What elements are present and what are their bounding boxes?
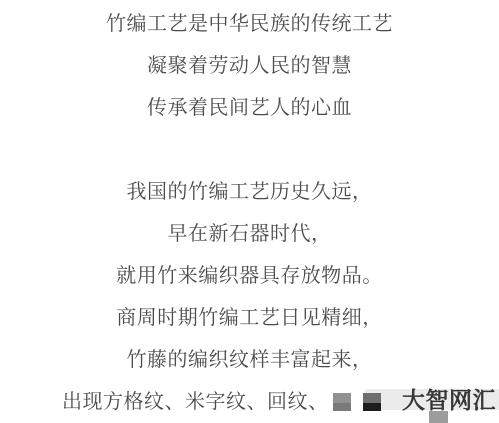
text-line: 我国的竹编工艺历史久远， bbox=[0, 171, 499, 213]
last-line-text: 出现方格纹、米字纹、回纹、 bbox=[62, 381, 329, 423]
text-line: 竹藤的编织纹样丰富起来， bbox=[0, 339, 499, 381]
text-line: 传承着民间艺人的心血 bbox=[0, 87, 499, 129]
text-line: 凝聚着劳动人民的智慧 bbox=[0, 45, 499, 87]
text-line: 就用竹来编织器具存放物品。 bbox=[0, 255, 499, 297]
redaction-block bbox=[333, 393, 351, 411]
text-line: 竹编工艺是中华民族的传统工艺 bbox=[0, 3, 499, 45]
text-line: 早在新石器时代， bbox=[0, 213, 499, 255]
text-line-last: 出现方格纹、米字纹、回纹、 bbox=[0, 381, 499, 423]
text-line: 商周时期竹编工艺日见精细， bbox=[0, 297, 499, 339]
redaction-block bbox=[363, 393, 381, 411]
article-body: 竹编工艺是中华民族的传统工艺 凝聚着劳动人民的智慧 传承着民间艺人的心血 我国的… bbox=[0, 0, 499, 423]
